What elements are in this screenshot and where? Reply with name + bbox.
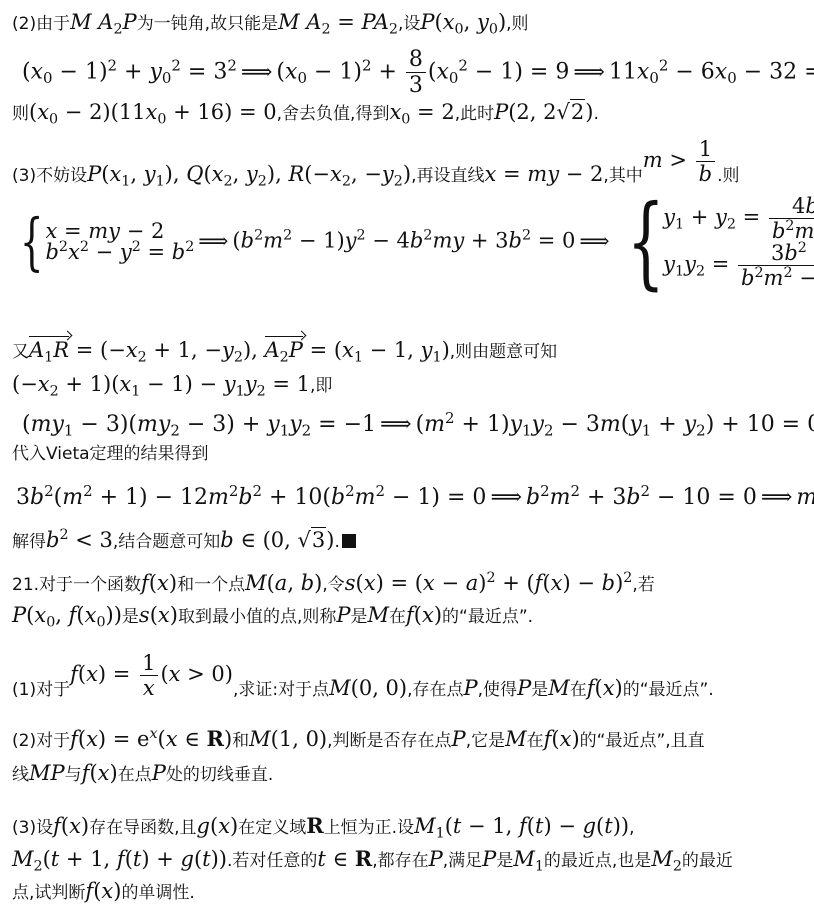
text: 上恒为正.设: [324, 818, 414, 838]
text: (3)不妨设: [12, 166, 87, 186]
text: (3)设: [12, 818, 53, 838]
math: P: [464, 676, 478, 700]
math: R: [306, 814, 323, 838]
math: P: [336, 603, 350, 627]
text: ,存在点: [407, 680, 463, 700]
part2-equation: (x0 − 1)2 + y02 = 32⟹(x0 − 1)2 + 83(x02 …: [22, 48, 814, 97]
text: 处的切线垂直.: [166, 765, 273, 785]
text: .: [593, 104, 598, 124]
math-m-condition: m > 1b: [643, 148, 717, 172]
text: 取到最小值的点,则称: [178, 607, 336, 627]
math: f(x): [544, 727, 580, 751]
part3-system: { x = my − 2 b2x2 − y2 = b2 ⟹(b2m2 − 1)y…: [12, 192, 814, 292]
qed-square-icon: [342, 534, 356, 548]
text: 的“最近点”,且直: [580, 731, 705, 751]
q21-part3-end-line: 点,试判断f(x)的单调性.: [12, 881, 195, 902]
text: (2)由于: [12, 14, 70, 34]
q21-intro-line: 21.对于一个函数f(x)和一个点M(a, b),令s(x) = (x − a)…: [12, 573, 655, 594]
text: ,此时: [455, 104, 494, 124]
math: f(x): [53, 814, 89, 838]
math: M: [505, 727, 527, 751]
math-point-m: M(a, b): [245, 571, 322, 595]
math: MP: [29, 761, 65, 785]
math: P: [429, 847, 443, 871]
math-angle: M A2P: [70, 10, 137, 34]
part3-intro-line: (3)不妨设P(x1, y1), Q(x2, y2), R(−x2, −y2),…: [12, 138, 740, 185]
text: 点,试判断: [12, 883, 85, 903]
part3-expand-equation: (my1 − 3)(my2 − 3) + y1y2 = −1⟹(m2 + 1)y…: [22, 414, 814, 436]
text: 在定义域: [238, 818, 306, 838]
text: 是: [496, 851, 513, 871]
text: 则: [12, 104, 29, 124]
text: .则: [717, 166, 739, 186]
text: 与: [65, 765, 82, 785]
text: ,使得: [478, 680, 517, 700]
math-b-squared: b2 < 3: [46, 528, 113, 552]
math: f(x): [85, 879, 121, 903]
math: M1: [513, 847, 544, 871]
text: ,则由题意可知: [450, 342, 557, 362]
text: ,判断是否存在点: [327, 731, 451, 751]
math: g(x): [197, 814, 239, 838]
math: M: [368, 603, 390, 627]
left-brace-icon: {: [20, 211, 44, 273]
text: ,结合题意可知: [113, 532, 220, 552]
math: M: [548, 676, 570, 700]
q21-part2-line: (2)对于f(x) = ex(x ∈ R)和M(1, 0),判断是否存在点P,它…: [12, 728, 705, 750]
math-points-pqr: P(x1, y1), Q(x2, y2), R(−x2, −y2): [87, 162, 411, 186]
text: 在: [570, 680, 587, 700]
math-dot-product: (−x2 + 1)(x1 − 1) − y1y2 = 1: [12, 372, 310, 396]
text: ,则: [506, 14, 528, 34]
q21-def-line: P(x0, f(x0))是s(x)取到最小值的点,则称P是M在f(x)的“最近点…: [12, 605, 533, 626]
text: 线: [12, 765, 29, 785]
part2-intro-line: (2)由于M A2P为一钝角,故只能是M A2 = PA2,设P(x0, y0)…: [12, 12, 529, 33]
text: 是: [122, 607, 139, 627]
text: 和: [232, 731, 249, 751]
text: ,再设直线: [411, 166, 484, 186]
text: ,: [629, 818, 634, 838]
q21-part2-cont-line: 线MP与f(x)在点P处的切线垂直.: [12, 763, 273, 784]
math-m2: M2(t + 1, f(t) + g(t)): [12, 847, 227, 871]
math: M(0, 0): [329, 676, 407, 700]
text: ,满足: [443, 851, 482, 871]
math-point-p: P(x0, y0): [420, 10, 506, 34]
math: t ∈ R: [317, 847, 372, 871]
right-brace-icon: {: [626, 192, 664, 292]
math-vectors: A1R = (−x2 + 1, −y2), A2P = (x1 − 1, y1): [29, 338, 450, 362]
text: ,求证:对于点: [233, 680, 329, 700]
text: 存在导函数,且: [89, 818, 196, 838]
math: f(x): [587, 676, 623, 700]
text: 在: [389, 607, 406, 627]
math-x0: x0 = 2: [389, 100, 454, 124]
q21-part3-line: (3)设f(x)存在导函数,且g(x)在定义域R上恒为正.设M1(t − 1, …: [12, 815, 635, 837]
text: 为一钝角,故只能是: [137, 14, 278, 34]
math-b-range: b ∈ (0, √3): [220, 527, 334, 552]
part3-subst-equation: 3b2(m2 + 1) − 12m2b2 + 10(b2m2 − 1) = 0⟹…: [16, 487, 814, 509]
math: s(x): [139, 603, 178, 627]
math-m1: M1(t − 1, f(t) − g(t)): [414, 814, 629, 838]
math: M2: [651, 847, 682, 871]
math-factored: (x0 − 2)(11x0 + 16) = 0: [29, 100, 277, 124]
text: 和一个点: [177, 575, 245, 595]
text: 又: [12, 342, 29, 362]
math: P: [482, 847, 496, 871]
text: ,都存在: [372, 851, 428, 871]
math-sx: s(x) = (x − a)2 + (f(x) − b)2: [345, 571, 633, 595]
text: .若对任意的: [227, 851, 317, 871]
text: 解得: [12, 532, 46, 552]
text: 的“最近点”.: [442, 607, 533, 627]
math: f(x): [82, 761, 118, 785]
math: P: [452, 727, 466, 751]
math: M(1, 0): [249, 727, 327, 751]
math: P: [517, 676, 531, 700]
text: 在: [527, 731, 544, 751]
math-line: x = my − 2: [484, 162, 603, 186]
text: 是: [351, 607, 368, 627]
math-fx: f(x): [141, 571, 177, 595]
q21-part1-line: (1)对于f(x) = 1x(x > 0),求证:对于点M(0, 0),存在点P…: [12, 652, 714, 699]
part3-dot-line: (−x2 + 1)(x1 − 1) − y1y2 = 1,即: [12, 374, 332, 395]
part3-vectors-line: 又A1R = (−x2 + 1, −y2), A2P = (x1 − 1, y1…: [12, 340, 557, 361]
part3-vieta-text: 代入Vieta定理的结果得到: [12, 446, 209, 463]
part2-result-line: 则(x0 − 2)(11x0 + 16) = 0,舍去负值,得到x0 = 2,此…: [12, 102, 599, 123]
text: (1)对于: [12, 680, 70, 700]
text: ,即: [310, 376, 332, 396]
q21-part3-cont-line: M2(t + 1, f(t) + g(t)).若对任意的t ∈ R,都存在P,满…: [12, 848, 733, 870]
part3-conclusion-line: 解得b2 < 3,结合题意可知b ∈ (0, √3).: [12, 530, 356, 551]
text: 的“最近点”.: [623, 680, 714, 700]
text: 的单调性.: [121, 883, 194, 903]
text: ,令: [322, 575, 344, 595]
text: 在点: [118, 765, 152, 785]
math-point: P(x0, f(x0)): [12, 603, 122, 627]
text: (2)对于: [12, 731, 70, 751]
text: 21.对于一个函数: [12, 575, 141, 595]
math-point-result: P(2, 2√2): [494, 99, 593, 124]
math-f-reciprocal: f(x) = 1x(x > 0): [70, 662, 233, 686]
text: 的最近: [682, 851, 733, 871]
text: ,设: [398, 14, 420, 34]
text: ,若: [632, 575, 654, 595]
text: ,舍去负值,得到: [277, 104, 390, 124]
text: 是: [531, 680, 548, 700]
math-f-exp: f(x) = ex(x ∈ R): [70, 727, 232, 751]
math: f(x): [406, 603, 442, 627]
math: P: [152, 761, 166, 785]
text: 的最近点,也是: [544, 851, 651, 871]
text: ,它是: [466, 731, 505, 751]
math-equal-sides: M A2 = PA2: [278, 10, 398, 34]
text: .: [334, 532, 339, 552]
